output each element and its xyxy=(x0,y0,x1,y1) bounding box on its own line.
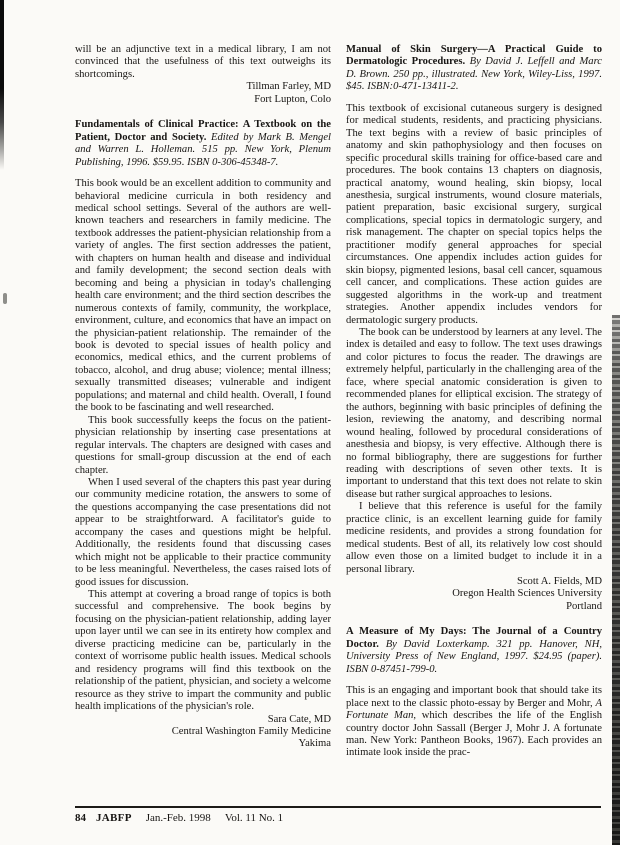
scanned-journal-page: will be an adjunctive text in a medical … xyxy=(0,0,620,845)
review-paragraph: The book can be understood by learners a… xyxy=(346,327,602,501)
reviewer-place: Yakima xyxy=(75,738,331,750)
reviewer-place: Fort Lupton, Colo xyxy=(75,94,331,106)
left-column: will be an adjunctive text in a medical … xyxy=(75,44,331,760)
paragraph-text: This is an engaging and important book t… xyxy=(346,685,602,708)
review-paragraph: This textbook of excisional cutaneous su… xyxy=(346,103,602,327)
review-paragraph: This attempt at covering a broad range o… xyxy=(75,589,331,714)
scan-artifact-right-edge xyxy=(612,315,620,845)
book-citation: By David Loxterkamp. 321 pp. Hanover, NH… xyxy=(346,639,602,675)
volume-number: Vol. 11 No. 1 xyxy=(225,812,283,824)
book-heading-skin-surgery: Manual of Skin Surgery—A Practical Guide… xyxy=(346,44,602,94)
review-paragraph: I believe that this reference is useful … xyxy=(346,501,602,576)
reviewer-signature-scott-fields: Scott A. Fields, MD Oregon Health Scienc… xyxy=(346,576,602,613)
review-paragraph: This book would be an excellent addition… xyxy=(75,178,331,415)
reviewer-name: Tillman Farley, MD xyxy=(75,81,331,93)
right-column: Manual of Skin Surgery—A Practical Guide… xyxy=(346,44,602,760)
two-column-text-area: will be an adjunctive text in a medical … xyxy=(75,44,602,760)
journal-abbreviation: JABFP xyxy=(96,812,132,824)
scan-artifact-left-smudge xyxy=(3,293,7,304)
issue-date: Jan.-Feb. 1998 xyxy=(146,812,211,824)
page-number: 84 xyxy=(75,812,86,824)
reviewer-name: Sara Cate, MD xyxy=(75,714,331,726)
scan-artifact-left-edge xyxy=(0,0,4,170)
continuation-paragraph: will be an adjunctive text in a medical … xyxy=(75,44,331,81)
reviewer-affiliation: Oregon Health Sciences University xyxy=(346,588,602,600)
book-heading-measure-of-days: A Measure of My Days: The Journal of a C… xyxy=(346,626,602,676)
reviewer-place: Portland xyxy=(346,601,602,613)
reviewer-affiliation: Central Washington Family Medicine xyxy=(75,726,331,738)
review-paragraph: This book successfully keeps the focus o… xyxy=(75,415,331,477)
review-paragraph: This is an engaging and important book t… xyxy=(346,685,602,760)
book-heading-fundamentals: Fundamentals of Clinical Practice: A Tex… xyxy=(75,119,331,169)
reviewer-signature-sara-cate: Sara Cate, MD Central Washington Family … xyxy=(75,714,331,751)
page-footer: 84JABFPJan.-Feb. 1998Vol. 11 No. 1 xyxy=(75,806,601,824)
reviewer-signature-tillman-farley: Tillman Farley, MD Fort Lupton, Colo xyxy=(75,81,331,106)
review-paragraph: When I used several of the chapters this… xyxy=(75,477,331,589)
reviewer-name: Scott A. Fields, MD xyxy=(346,576,602,588)
